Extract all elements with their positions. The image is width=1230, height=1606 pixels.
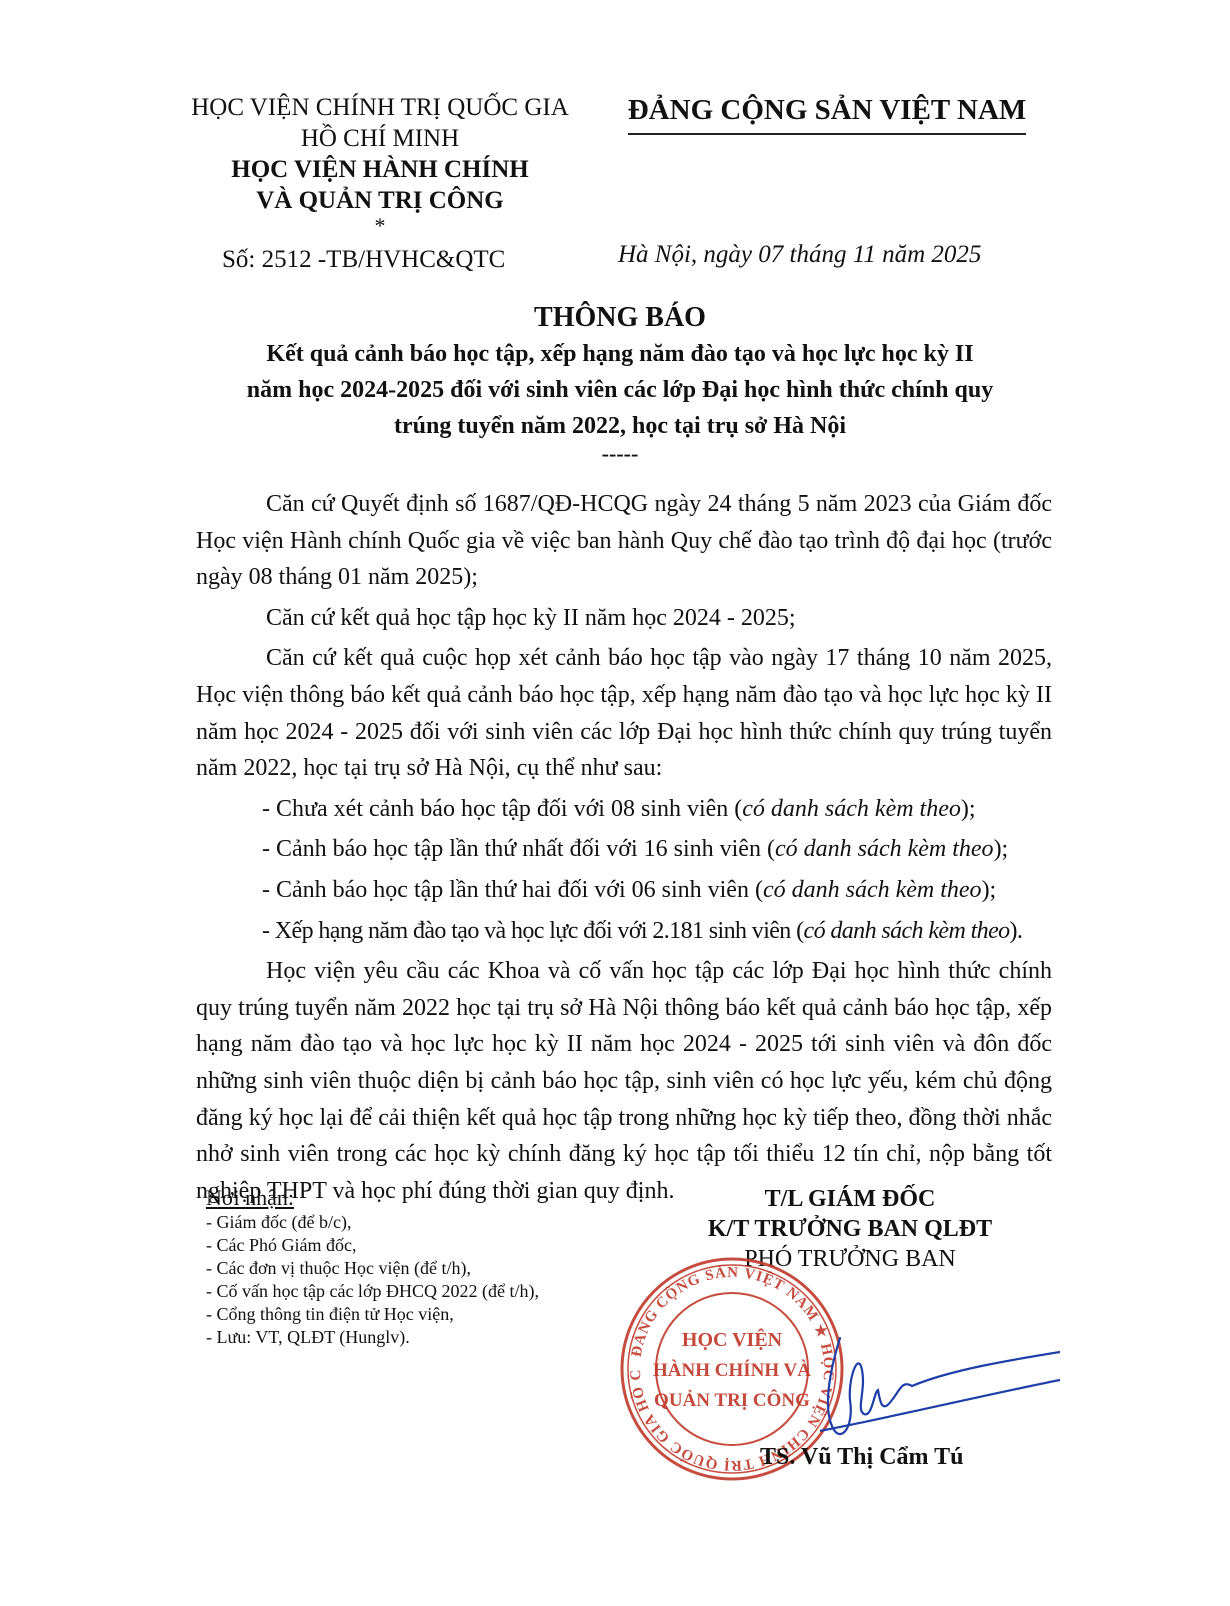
recipients-heading: Nơi nhận: [206,1184,636,1211]
title-subtitle-line: trúng tuyển năm 2022, học tại trụ sở Hà … [170,408,1070,444]
stamp-inner-line3: QUẢN TRỊ CÔNG [654,1389,810,1411]
recipient-item: - Các đơn vị thuộc Học viện (để t/h), [206,1257,636,1280]
body-paragraph: Căn cứ Quyết định số 1687/QĐ-HCQG ngày 2… [196,486,1052,596]
recipient-item: - Cổng thông tin điện tử Học viện, [206,1303,636,1326]
party-header: ĐẢNG CỘNG SẢN VIỆT NAM [612,94,1042,135]
document-date: Hà Nội, ngày 07 tháng 11 năm 2025 [618,241,981,269]
document-body: Căn cứ Quyết định số 1687/QĐ-HCQG ngày 2… [196,486,1052,1209]
recipient-item: - Các Phó Giám đốc, [206,1234,636,1257]
list-item: - Xếp hạng năm đào tạo và học lực đối vớ… [196,913,1052,950]
title-subtitle-line: năm học 2024-2025 đối với sinh viên các … [170,372,1070,408]
signer-name: TS. Vũ Thị Cẩm Tú [760,1444,963,1471]
party-name: ĐẢNG CỘNG SẢN VIỆT NAM [628,94,1027,135]
stamp-inner-line2: HÀNH CHÍNH VÀ [653,1359,811,1381]
body-paragraph: Học viện yêu cầu các Khoa và cố vấn học … [196,953,1052,1209]
title-main: THÔNG BÁO [170,300,1070,336]
body-paragraph: Căn cứ kết quả học tập học kỳ II năm học… [196,600,1052,637]
parent-org-line1: HỌC VIỆN CHÍNH TRỊ QUỐC GIA [170,92,590,123]
sign-authority-line2: K/T TRƯỞNG BAN QLĐT [670,1214,1030,1244]
handwritten-signature-icon [820,1330,1060,1460]
star-separator: * [170,216,590,236]
document-title: THÔNG BÁO Kết quả cảnh báo học tập, xếp … [170,300,1070,464]
stamp-inner-line1: HỌC VIỆN [682,1328,783,1351]
title-separator: ----- [170,444,1070,464]
issuing-organization: HỌC VIỆN CHÍNH TRỊ QUỐC GIA HỒ CHÍ MINH … [170,92,590,236]
recipients-block: Nơi nhận: - Giám đốc (để b/c), - Các Phó… [206,1184,636,1349]
title-subtitle-line: Kết quả cảnh báo học tập, xếp hạng năm đ… [170,336,1070,372]
recipient-item: - Cố vấn học tập các lớp ĐHCQ 2022 (để t… [206,1280,636,1303]
sign-authority-line1: T/L GIÁM ĐỐC [670,1184,1030,1214]
body-paragraph: Căn cứ kết quả cuộc họp xét cảnh báo học… [196,640,1052,786]
recipient-item: - Giám đốc (để b/c), [206,1211,636,1234]
parent-org-line2: HỒ CHÍ MINH [170,123,590,154]
org-name-line2: VÀ QUẢN TRỊ CÔNG [170,185,590,216]
list-item: - Chưa xét cảnh báo học tập đối với 08 s… [196,791,1052,828]
recipient-item: - Lưu: VT, QLĐT (Hunglv). [206,1326,636,1349]
org-name-line1: HỌC VIỆN HÀNH CHÍNH [170,154,590,185]
list-item: - Cảnh báo học tập lần thứ hai đối với 0… [196,872,1052,909]
list-item: - Cảnh báo học tập lần thứ nhất đối với … [196,831,1052,868]
document-number: Số: 2512 -TB/HVHC&QTC [222,246,505,274]
